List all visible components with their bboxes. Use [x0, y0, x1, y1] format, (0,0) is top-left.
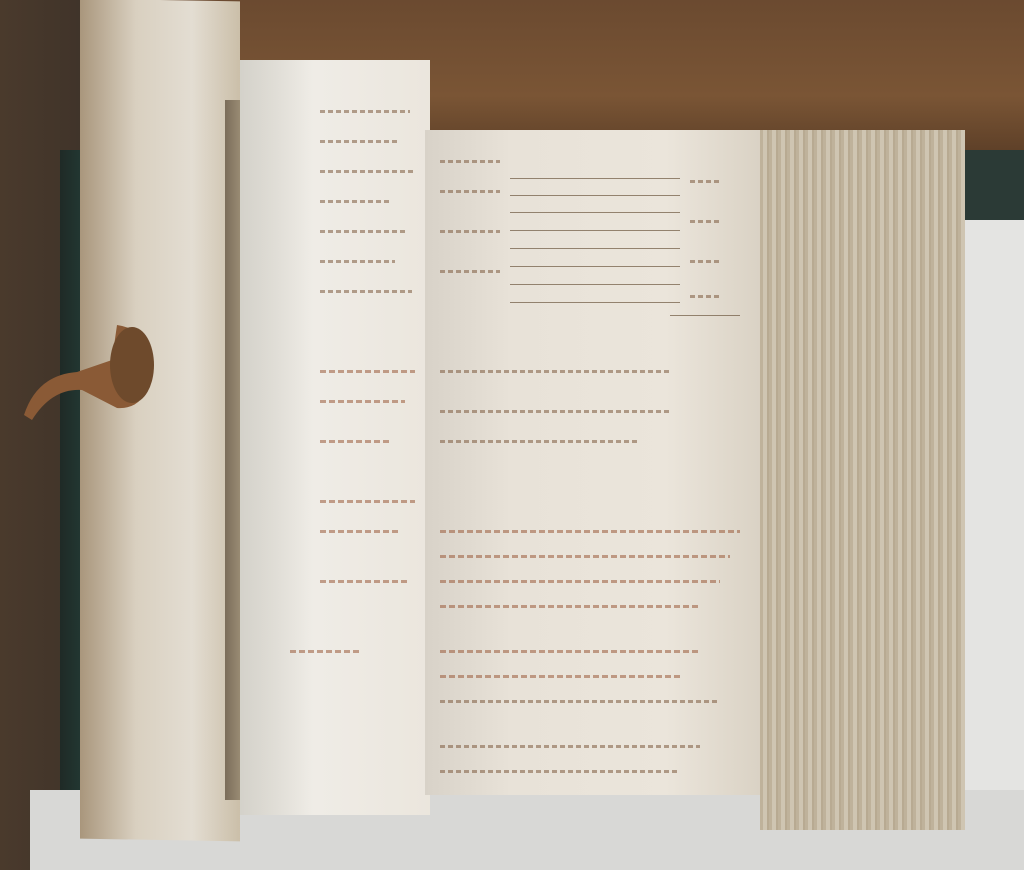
page-block-edges: [760, 130, 965, 830]
leather-clasp: [22, 320, 157, 430]
case-wall-right: [960, 220, 1024, 870]
left-page-shadow: [240, 60, 310, 815]
